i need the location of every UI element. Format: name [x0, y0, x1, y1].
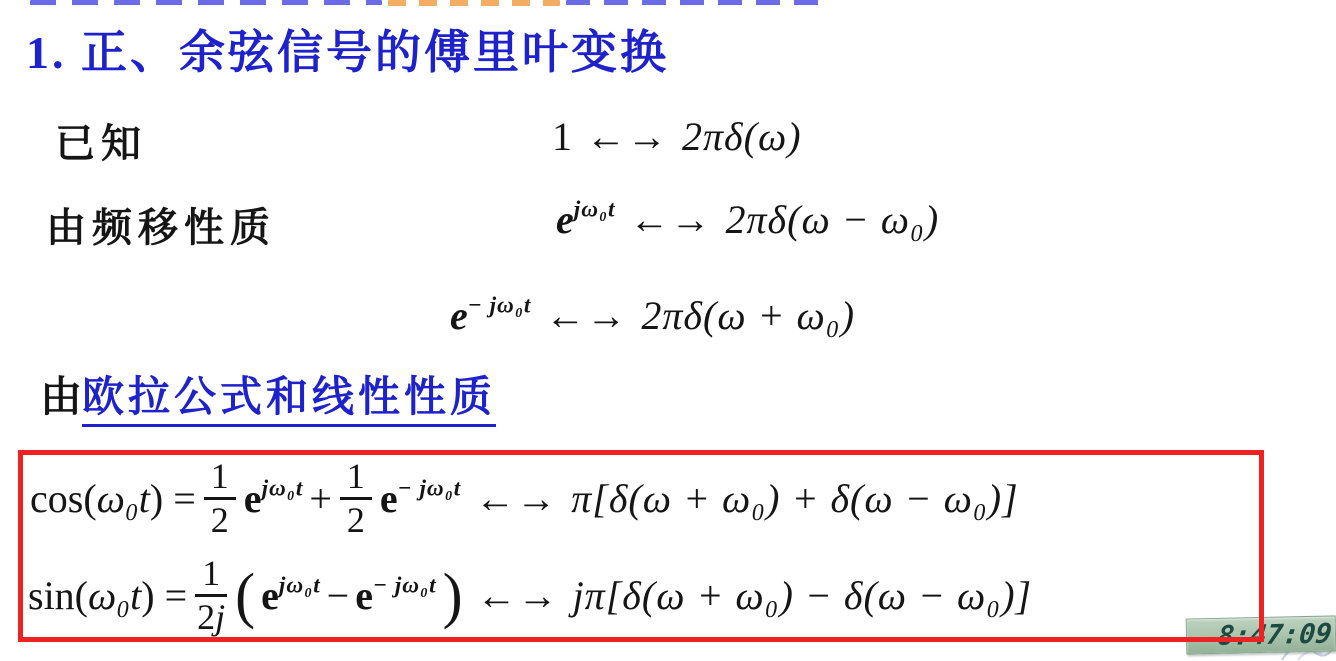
transform-pair-arrow: ←→ — [630, 196, 712, 243]
euler-link[interactable]: 欧拉公式和线性性质 — [82, 375, 496, 427]
exp-term: e− jω₀t — [355, 572, 436, 619]
close-paren: ) — [443, 559, 463, 631]
shift2-rhs: 2πδ(ω + ω₀) — [641, 292, 855, 339]
exp-term: e− jω₀t — [380, 475, 461, 522]
fraction-denominator: 2 — [211, 500, 229, 539]
sin-lhs: sin(ω₀t) = — [28, 572, 187, 619]
fraction-denominator: 2 — [347, 500, 365, 539]
fraction-denominator: 2j — [197, 597, 225, 636]
exponent: − jω₀t — [468, 292, 532, 318]
euler-prefix: 由 — [40, 375, 82, 421]
fraction-one-half: 1 2 — [340, 458, 372, 538]
transform-pair-arrow: ←→ — [475, 475, 557, 522]
frequency-shift-label: 由频移性质 — [46, 196, 276, 253]
cos-rhs: π[δ(ω + ω₀) + δ(ω − ω₀)] — [571, 475, 1018, 522]
cropped-text-fragment-blue-right — [566, 0, 830, 5]
exponent: jω₀t — [262, 475, 304, 501]
den-digit: 2 — [197, 597, 215, 637]
exp-term: e− jω₀t — [450, 292, 531, 339]
sin-equals: ) = — [141, 573, 187, 618]
known-rhs: 2πδ(ω) — [682, 113, 802, 160]
exp-term: ejω₀t — [556, 196, 616, 243]
shift-rhs: 2πδ(ω − ω₀) — [726, 196, 940, 243]
exponent: − jω₀t — [398, 475, 462, 501]
e-base: e — [450, 293, 468, 338]
exponent: − jω₀t — [373, 572, 437, 598]
exp-term: ejω₀t — [261, 572, 321, 619]
fraction-one-half: 1 2 — [204, 458, 236, 538]
slide-title: 1. 正、余弦信号的傅里叶变换 — [26, 16, 669, 82]
cos-equation: cos(ω₀t) = 1 2 ejω₀t + 1 2 e− jω₀t ←→ π[… — [30, 452, 1019, 544]
exponent: jω₀t — [279, 572, 321, 598]
fraction-one-over-2j: 1 2j — [195, 555, 227, 635]
shift-formula-negative: e− jω₀t ←→ 2πδ(ω + ω₀) — [450, 280, 855, 350]
timestamp: 8:47:09 — [1217, 618, 1334, 651]
e-base: e — [261, 573, 279, 618]
cos-arg: ω₀t — [97, 476, 150, 521]
fraction-numerator: 1 — [340, 458, 372, 500]
fraction-numerator: 1 — [195, 555, 227, 597]
transform-pair-arrow: ←→ — [477, 572, 559, 619]
sin-equation: sin(ω₀t) = 1 2j ( ejω₀t − e− jω₀t ) ←→ j… — [28, 546, 1032, 644]
e-base: e — [380, 476, 398, 521]
sin-func: sin( — [28, 573, 88, 618]
cropped-text-fragment-orange — [388, 0, 560, 6]
e-base: e — [244, 476, 262, 521]
cos-lhs: cos(ω₀t) = — [30, 475, 196, 522]
den-j: j — [215, 597, 225, 637]
transform-pair-arrow: ←→ — [586, 113, 668, 160]
cos-func: cos( — [30, 476, 97, 521]
euler-line: 由欧拉公式和线性性质 — [40, 364, 496, 424]
cropped-text-fragment-blue-left — [30, 0, 382, 5]
shift-formula-positive: ejω₀t ←→ 2πδ(ω − ω₀) — [556, 186, 939, 252]
e-base: e — [556, 197, 574, 242]
exp-term: ejω₀t — [244, 475, 304, 522]
lecture-slide: 1. 正、余弦信号的傅里叶变换 已知 1 ←→ 2πδ(ω) 由频移性质 ejω… — [0, 0, 1336, 661]
known-formula: 1 ←→ 2πδ(ω) — [552, 106, 802, 166]
fraction-numerator: 1 — [204, 458, 236, 500]
sin-arg: ω₀t — [88, 573, 141, 618]
open-paren: ( — [235, 559, 255, 631]
sin-rhs: jπ[δ(ω + ω₀) − δ(ω − ω₀)] — [573, 572, 1033, 619]
cos-equals: ) = — [150, 476, 196, 521]
transform-pair-arrow: ←→ — [545, 292, 627, 339]
minus-sign: − — [327, 572, 350, 619]
e-base: e — [355, 573, 373, 618]
plus-sign: + — [309, 475, 332, 522]
known-label: 已知 — [55, 112, 147, 169]
timestamp-badge: 8:47:09 — [1186, 615, 1336, 654]
exponent: jω₀t — [574, 196, 616, 222]
known-lhs: 1 — [552, 113, 572, 160]
